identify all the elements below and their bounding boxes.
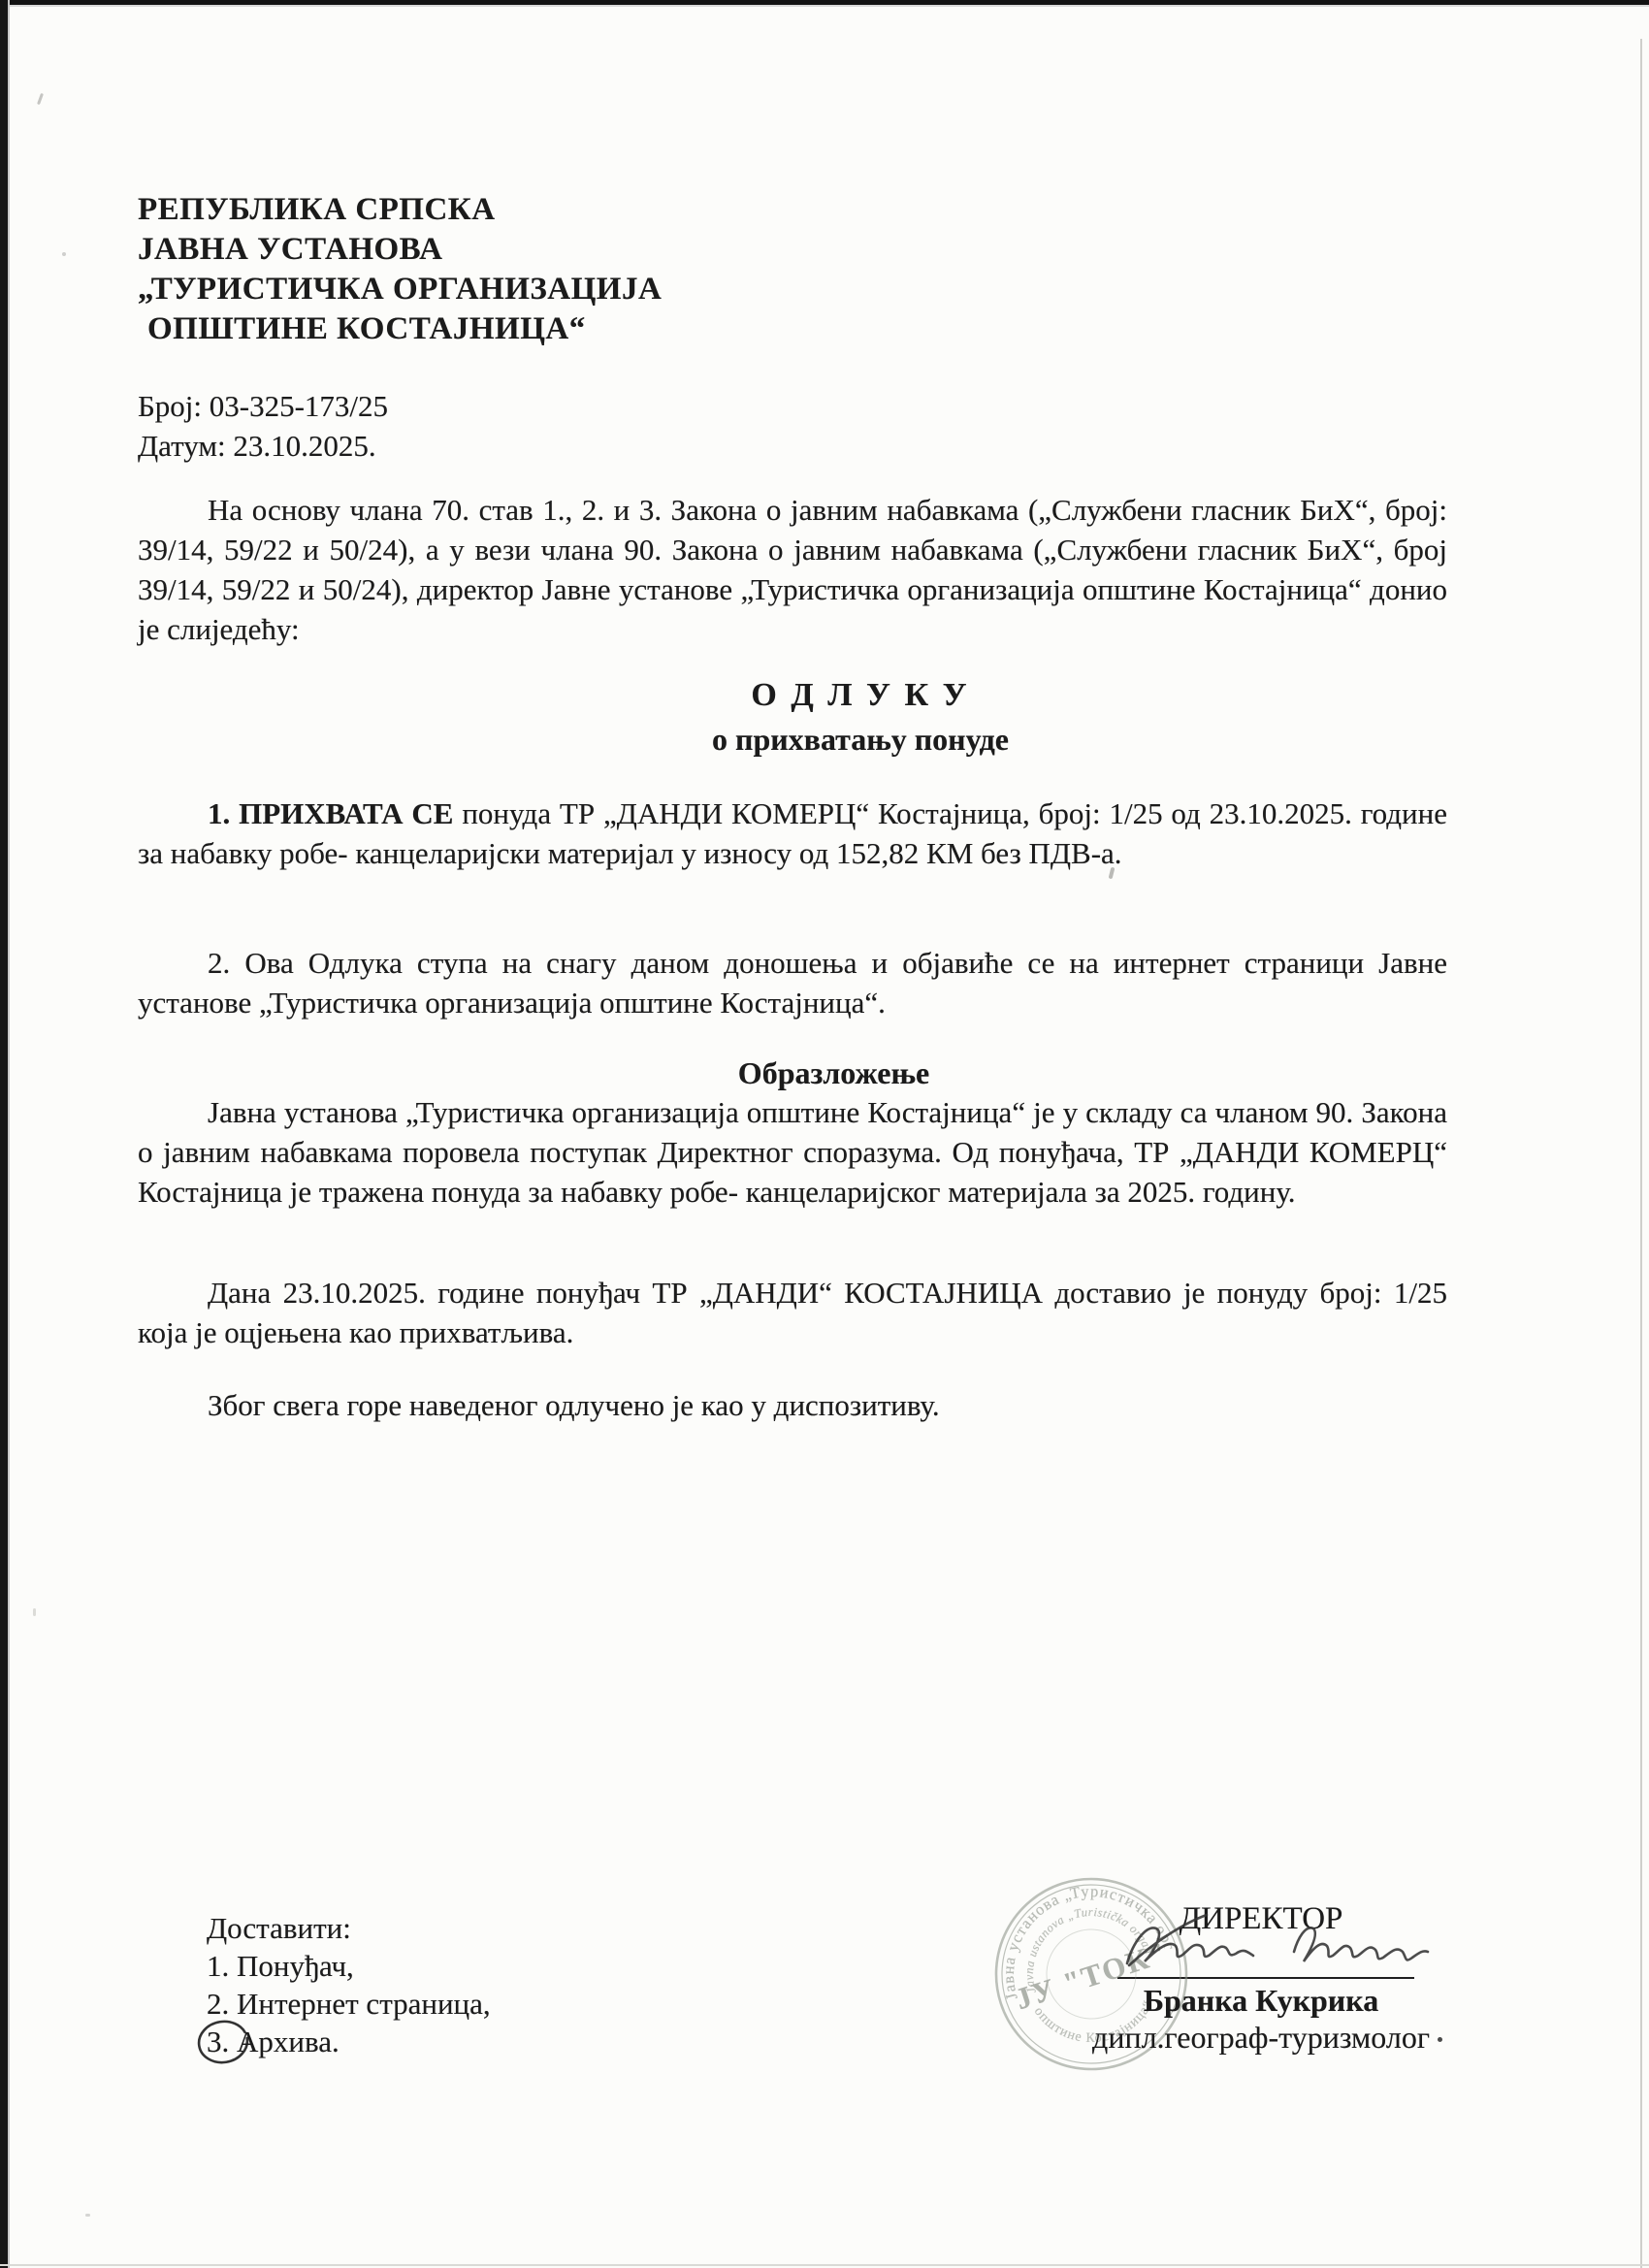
rationale-paragraph-1: Јавна установа „Туристичка организација … xyxy=(138,1092,1447,1212)
decision-point-1: 1. ПРИХВАТА СЕ понуда ТР „ДАНДИ КОМЕРЦ“ … xyxy=(138,794,1447,873)
deliver-item-1: 1. Понуђач, xyxy=(207,1947,491,1985)
rationale-paragraph-3: Због свега горе наведеног одлучено је ка… xyxy=(138,1385,1447,1425)
letterhead: РЕПУБЛИКА СРПСКА ЈАВНА УСТАНОВА „ТУРИСТИ… xyxy=(138,190,1447,349)
decision-title: О Д Л У К У xyxy=(274,677,1447,714)
scan-speck xyxy=(62,252,66,256)
scan-edge-right xyxy=(1640,39,1642,2268)
document-meta: Број: 03-325-173/25 Датум: 23.10.2025. xyxy=(138,386,1447,466)
decision-point-2: 2. Ова Одлука ступа на снагу даном донош… xyxy=(138,943,1447,1022)
scan-edge-top-shadow xyxy=(0,5,1649,7)
director-signature xyxy=(1114,1913,1434,1981)
intro-paragraph: На основу члана 70. став 1., 2. и 3. Зак… xyxy=(138,490,1447,649)
scan-edge-left xyxy=(0,0,8,2268)
scan-edge-bottom xyxy=(0,2264,1649,2266)
scanned-document-page: РЕПУБЛИКА СРПСКА ЈАВНА УСТАНОВА „ТУРИСТИ… xyxy=(0,0,1649,2268)
decision-point-1-lead: 1. ПРИХВАТА СЕ xyxy=(208,796,453,830)
decision-heading: О Д Л У К У о прихватању понуде xyxy=(138,677,1447,758)
decision-subtitle: о прихватању понуде xyxy=(274,722,1447,758)
deliver-to-list: Доставити: 1. Понуђач, 2. Интернет стран… xyxy=(207,1909,491,2060)
deliver-item-3: 3. Архива. xyxy=(207,2023,491,2060)
deliver-to-heading: Доставити: xyxy=(207,1909,491,1947)
letterhead-line-institution: ЈАВНА УСТАНОВА xyxy=(138,230,1447,270)
letterhead-line-republic: РЕПУБЛИКА СРПСКА xyxy=(138,190,1447,230)
scan-speck xyxy=(85,2214,90,2217)
director-degree: дипл.географ-туризмолог xyxy=(1043,2020,1479,2056)
rationale-paragraph-2: Дана 23.10.2025. године понуђач ТР „ДАНД… xyxy=(138,1273,1447,1352)
letterhead-line-organization: „ТУРИСТИЧКА ОРГАНИЗАЦИЈА xyxy=(138,270,1447,309)
scan-speck xyxy=(33,1608,36,1616)
director-name: Бранка Кукрика xyxy=(1052,1983,1470,2019)
rationale-heading: Образложење xyxy=(138,1055,1447,1091)
letterhead-line-municipality: ОПШТИНЕ КОСТАЈНИЦА“ xyxy=(138,309,1447,349)
document-date: Датум: 23.10.2025. xyxy=(138,426,1447,466)
document-number: Број: 03-325-173/25 xyxy=(138,386,1447,426)
scan-speck xyxy=(37,93,44,105)
scan-edge-left-shadow xyxy=(8,0,10,2268)
handwritten-circle-annotation xyxy=(193,2016,255,2068)
